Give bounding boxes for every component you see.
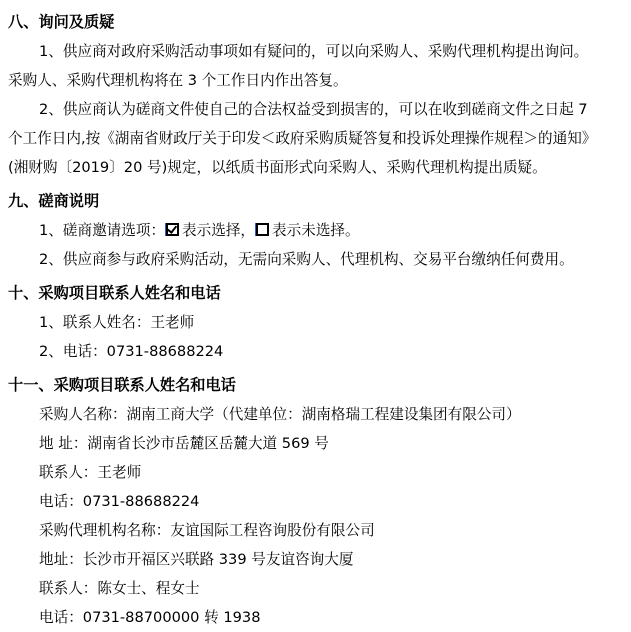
unchecked-meaning-text: 表示未选择。 <box>272 222 360 239</box>
purchaser-name-line: 采购人名称：湖南工商大学（代建单位：湖南格瑞工程建设集团有限公司） <box>8 400 625 429</box>
section-heading-9: 九、磋商说明 <box>8 187 625 216</box>
unchecked-checkbox-icon <box>256 223 269 236</box>
section-heading-10: 十、采购项目联系人姓名和电话 <box>8 279 625 308</box>
section-negotiation-notes: 九、磋商说明 1、磋商邀请选项：表示选择，表示未选择。 2、供应商参与政府采购活… <box>8 187 625 274</box>
paragraph-line: 采购人、采购代理机构将在 3 个工作日内作出答复。 <box>8 66 625 95</box>
paragraph-line: 2、供应商认为磋商文件使自己的合法权益受到损害的，可以在收到磋商文件之日起 7 <box>8 95 625 124</box>
section-purchaser-and-agency-contact: 十一、采购项目联系人姓名和电话 采购人名称：湖南工商大学（代建单位：湖南格瑞工程… <box>8 371 625 632</box>
checkbox-line-prefix: 1、磋商邀请选项： <box>39 222 165 239</box>
paragraph-line: 个工作日内,按《湖南省财政厅关于印发＜政府采购质疑答复和投诉处理操作规程＞的通知… <box>8 124 625 153</box>
procurement-document: 八、询问及质疑 1、供应商对政府采购活动事项如有疑问的，可以向采购人、采购代理机… <box>0 0 631 632</box>
agency-phone-line: 电话：0731-88700000 转 1938 <box>8 603 625 632</box>
purchaser-address-line: 地 址：湖南省长沙市岳麓区岳麓大道 569 号 <box>8 429 625 458</box>
contact-phone-line: 2、电话：0731-88688224 <box>8 337 625 366</box>
section-heading-11: 十一、采购项目联系人姓名和电话 <box>8 371 625 400</box>
paragraph-line: 2、供应商参与政府采购活动，无需向采购人、代理机构、交易平台缴纳任何费用。 <box>8 245 625 274</box>
section-project-contact: 十、采购项目联系人姓名和电话 1、联系人姓名：王老师 2、电话：0731-886… <box>8 279 625 366</box>
agency-contact-line: 联系人：陈女士、程女士 <box>8 574 625 603</box>
paragraph-line: (湘财购〔2019〕20 号)规定，以纸质书面形式向采购人、采购代理机构提出质疑… <box>8 153 625 182</box>
purchaser-phone-line: 电话：0731-88688224 <box>8 487 625 516</box>
paragraph-line: 1、供应商对政府采购活动事项如有疑问的，可以向采购人、采购代理机构提出询问。 <box>8 37 625 66</box>
section-heading-8: 八、询问及质疑 <box>8 8 625 37</box>
contact-name-line: 1、联系人姓名：王老师 <box>8 308 625 337</box>
agency-address-line: 地址：长沙市开福区兴联路 339 号友谊咨询大厦 <box>8 545 625 574</box>
purchaser-contact-line: 联系人：王老师 <box>8 458 625 487</box>
section-inquiry-and-challenge: 八、询问及质疑 1、供应商对政府采购活动事项如有疑问的，可以向采购人、采购代理机… <box>8 8 625 182</box>
checked-checkbox-icon <box>166 223 179 236</box>
checked-meaning-text: 表示选择， <box>182 222 255 239</box>
negotiation-invite-option-line: 1、磋商邀请选项：表示选择，表示未选择。 <box>8 216 625 245</box>
agency-name-line: 采购代理机构名称：友谊国际工程咨询股份有限公司 <box>8 516 625 545</box>
